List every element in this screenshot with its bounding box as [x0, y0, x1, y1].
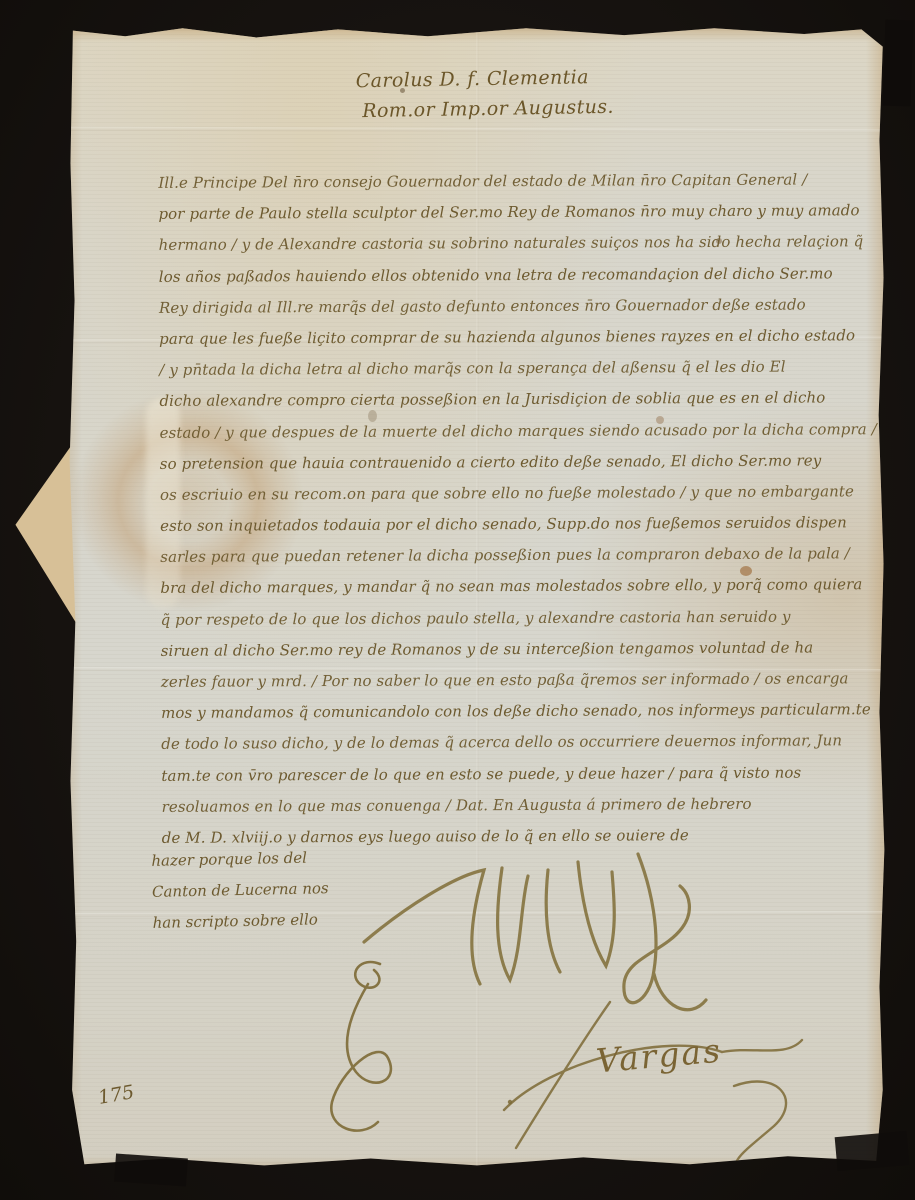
secretary-signature: Vargas	[486, 988, 826, 1178]
marginal-note: hazer porque los del Canton de Lucerna n…	[151, 842, 330, 939]
body-line: los años paßados hauiendo ellos obtenido…	[159, 258, 876, 293]
marginal-note-line: Canton de Lucerna nos	[152, 873, 329, 908]
mount-tab	[114, 1154, 188, 1187]
body-line: estado / y que despues de la muerte del …	[160, 414, 877, 449]
letter-body: Ill.e Principe Del n̄ro consejo Gouernad…	[158, 164, 879, 854]
body-line: por parte de Paulo stella sculptor del S…	[158, 195, 875, 230]
body-line: resoluamos en lo que mas conuenga / Dat.…	[161, 788, 878, 823]
fold-crease	[68, 127, 886, 134]
body-line: siruen al dicho Ser.mo rey de Romanos y …	[161, 632, 878, 667]
body-line: dicho alexandre compro cierta posseßion …	[159, 382, 876, 417]
letter-heading: Carolus D. f. Clementia Rom.or Imp.or Au…	[355, 62, 614, 126]
marginal-note-line: han scripto sobre ello	[152, 904, 329, 939]
body-line: so pretension que hauia contrauenido a c…	[160, 445, 877, 480]
body-line: Rey dirigida al Ill.re marq̃s del gasto …	[159, 289, 876, 324]
body-line: para que les fueße liçito comprar de su …	[159, 320, 876, 355]
secretary-signature-flourish	[486, 988, 826, 1178]
body-line: / y pn̄tada la dicha letra al dicho marq…	[159, 351, 876, 386]
body-line: bra del dicho marques, y mandar q̃ no se…	[160, 570, 877, 605]
body-line: sarles para que puedan retener la dicha …	[160, 538, 877, 573]
body-line: q̃ por respeto de lo que los dichos paul…	[160, 601, 877, 636]
photograph-of-manuscript: Carolus D. f. Clementia Rom.or Imp.or Au…	[0, 0, 915, 1200]
manuscript-sheet: Carolus D. f. Clementia Rom.or Imp.or Au…	[68, 26, 886, 1170]
body-line: zerles fauor y mrd. / Por no saber lo qu…	[161, 663, 878, 698]
body-line: de todo lo suso dicho, y de lo demas q̃ …	[161, 725, 878, 760]
body-line: esto son inquietados todauia por el dich…	[160, 507, 877, 542]
body-line: Ill.e Principe Del n̄ro consejo Gouernad…	[158, 164, 875, 199]
heading-line-1: Carolus D. f. Clementia	[355, 62, 613, 96]
mount-tab	[883, 20, 914, 107]
heading-line-2: Rom.or Imp.or Augustus.	[362, 92, 614, 126]
marginal-note-line: hazer porque los del	[151, 842, 328, 877]
body-line: hermano / y de Alexandre castoria su sob…	[159, 227, 876, 262]
body-line: tam.te con v̄ro parescer de lo que en es…	[161, 757, 878, 792]
royal-paraph-flourish	[308, 954, 428, 1144]
body-line: os escriuio en su recom.on para que sobr…	[160, 476, 877, 511]
mount-tab	[835, 1131, 910, 1171]
archival-mark: 175	[96, 1081, 136, 1109]
body-line: mos y mandamos q̃ comunicandolo con los …	[161, 694, 878, 729]
